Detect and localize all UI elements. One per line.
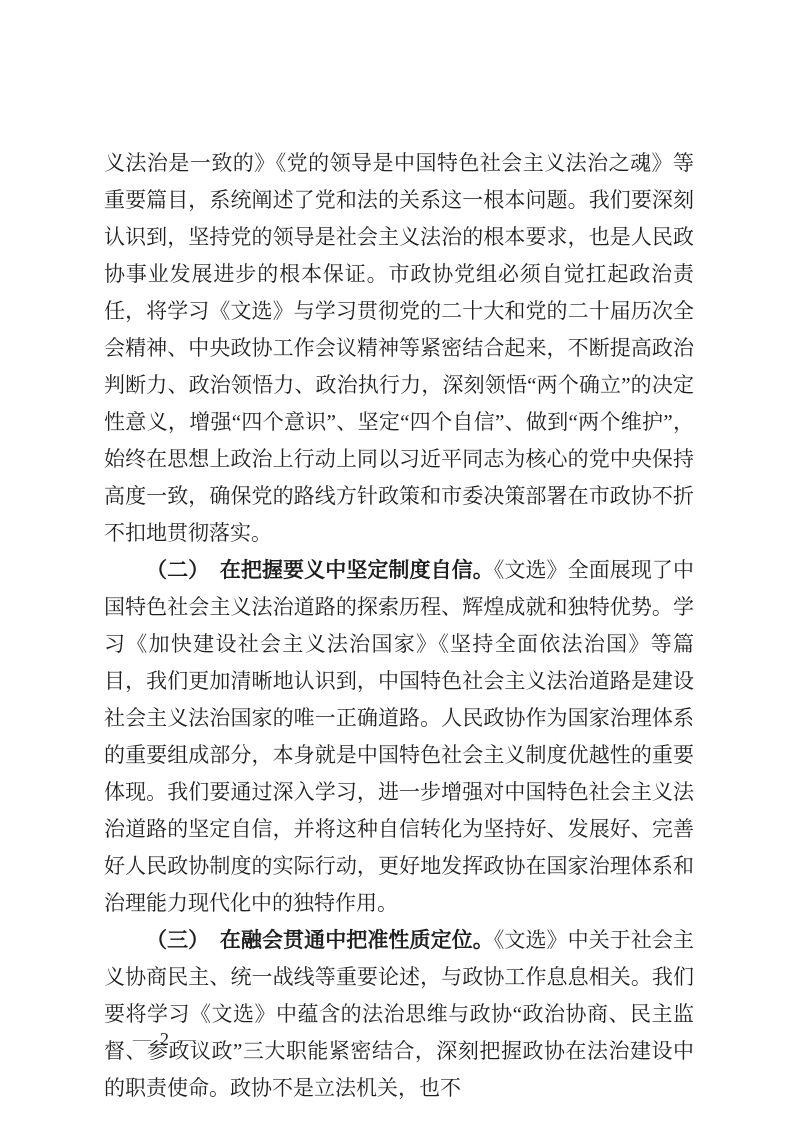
page-number-dash-right: — (178, 1029, 196, 1049)
page-footer: —2— (133, 1028, 196, 1050)
paragraph-lead: （二） 在把握要义中坚定制度自信。 (146, 558, 494, 582)
paragraph-text: 《文选》全面展现了中国特色社会主义法治道路的探索历程、辉煌成就和独特优势。学习《… (104, 558, 694, 915)
page-number: 2 (160, 1029, 169, 1049)
paragraph-text: 《文选》中关于社会主义协商民主、统一战线等重要论述，与政协工作息息相关。我们要将… (104, 928, 694, 1100)
paragraph: （二） 在把握要义中坚定制度自信。《文选》全面展现了中国特色社会主义法治道路的探… (104, 552, 694, 922)
paragraph: （三） 在融会贯通中把准性质定位。《文选》中关于社会主义协商民主、统一战线等重要… (104, 922, 694, 1107)
paragraph-lead: （三） 在融会贯通中把准性质定位。 (146, 928, 494, 952)
paragraph: 义法治是一致的》《党的领导是中国特色社会主义法治之魂》等重要篇目，系统阐述了党和… (104, 145, 694, 552)
document-body: 义法治是一致的》《党的领导是中国特色社会主义法治之魂》等重要篇目，系统阐述了党和… (104, 145, 694, 1107)
paragraph-text: 义法治是一致的》《党的领导是中国特色社会主义法治之魂》等重要篇目，系统阐述了党和… (104, 151, 694, 545)
document-page: 义法治是一致的》《党的领导是中国特色社会主义法治之魂》等重要篇目，系统阐述了党和… (0, 0, 793, 1122)
page-number-dash-left: — (133, 1029, 151, 1049)
